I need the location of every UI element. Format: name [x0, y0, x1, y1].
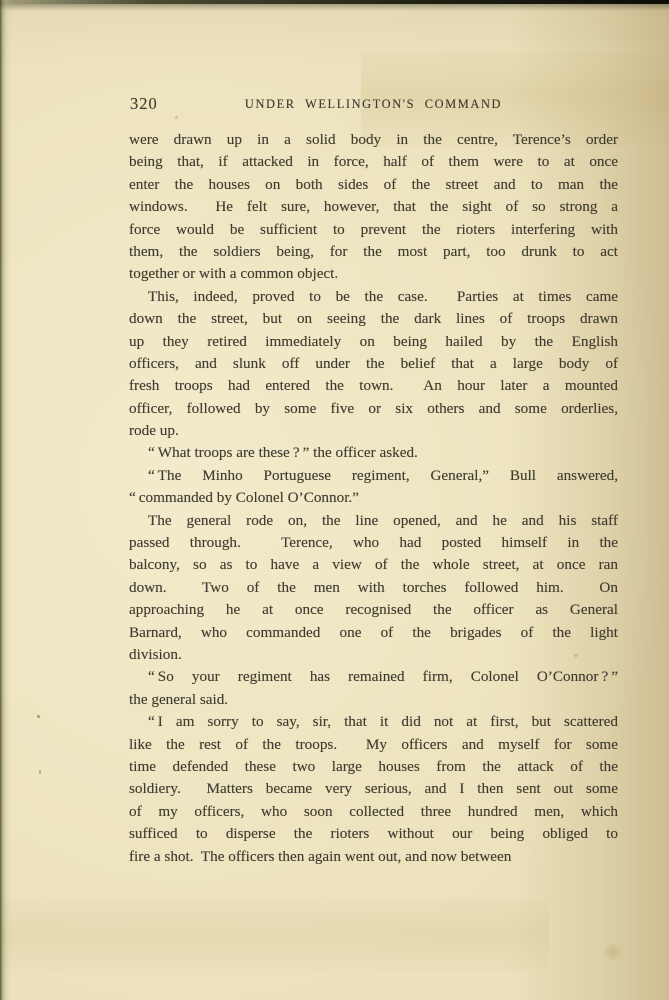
text-line: time defended these two large houses fro…: [129, 756, 618, 778]
text-line: This, indeed, proved to be the case. Par…: [129, 286, 618, 308]
text-line: “ So your regiment has remained firm, Co…: [129, 666, 618, 688]
text-line: approaching he at once recognised the of…: [129, 599, 618, 621]
page-top-edge-shadow: [0, 4, 669, 11]
text-line: being that, if attacked in force, half o…: [129, 151, 618, 173]
text-line: like the rest of the troops. My officers…: [129, 734, 618, 756]
text-line: them, the soldiers being, for the most p…: [129, 241, 618, 263]
text-line: down. Two of the men with torches follow…: [129, 577, 618, 599]
text-line: enter the houses on both sides of the st…: [129, 174, 618, 196]
text-line: together or with a common object.: [129, 263, 618, 285]
text-line: “ commanded by Colonel O’Connor.”: [129, 487, 618, 509]
text-line: fresh troops had entered the town. An ho…: [129, 375, 618, 397]
text-line: Barnard, who commanded one of the brigad…: [129, 622, 618, 644]
paper-speck: [37, 715, 40, 718]
text-line: were drawn up in a solid body in the cen…: [129, 129, 618, 151]
text-line: soldiery. Matters became very serious, a…: [129, 778, 618, 800]
text-line: of my officers, who soon collected three…: [129, 801, 618, 823]
text-line: down the street, but on seeing the dark …: [129, 308, 618, 330]
scan-shading-band-bottom: [0, 898, 549, 970]
paper-speck: [39, 770, 41, 774]
text-line: passed through. Terence, who had posted …: [129, 532, 618, 554]
text-line: “ I am sorry to say, sir, that it did no…: [129, 711, 618, 733]
text-line: balcony, so as to have a view of the who…: [129, 554, 618, 576]
text-line: windows. He felt sure, however, that the…: [129, 196, 618, 218]
body-text: were drawn up in a solid body in the cen…: [129, 129, 618, 868]
paper-blotch: [602, 942, 624, 962]
text-line: division.: [129, 644, 618, 666]
text-line: force would be sufficient to prevent the…: [129, 219, 618, 241]
text-line: rode up.: [129, 420, 618, 442]
text-line: fire a shot. The officers then again wen…: [129, 846, 618, 868]
scanned-book-page: 320 UNDER WELLINGTON'S COMMAND were draw…: [0, 0, 669, 1000]
text-line: “ What troops are these ? ” the officer …: [129, 442, 618, 464]
page-left-edge: [0, 0, 12, 1000]
running-title: UNDER WELLINGTON'S COMMAND: [129, 97, 618, 112]
text-line: up they retired immediately on being hai…: [129, 331, 618, 353]
text-line: officer, followed by some five or six ot…: [129, 398, 618, 420]
text-line: officers, and slunk off under the belief…: [129, 353, 618, 375]
text-line: the general said.: [129, 689, 618, 711]
page-header: 320 UNDER WELLINGTON'S COMMAND: [129, 94, 618, 112]
text-line: The general rode on, the line opened, an…: [129, 510, 618, 532]
printed-area: 320 UNDER WELLINGTON'S COMMAND were draw…: [129, 94, 618, 868]
text-line: sufficed to disperse the rioters without…: [129, 823, 618, 845]
text-line: “ The Minho Portuguese regiment, General…: [129, 465, 618, 487]
